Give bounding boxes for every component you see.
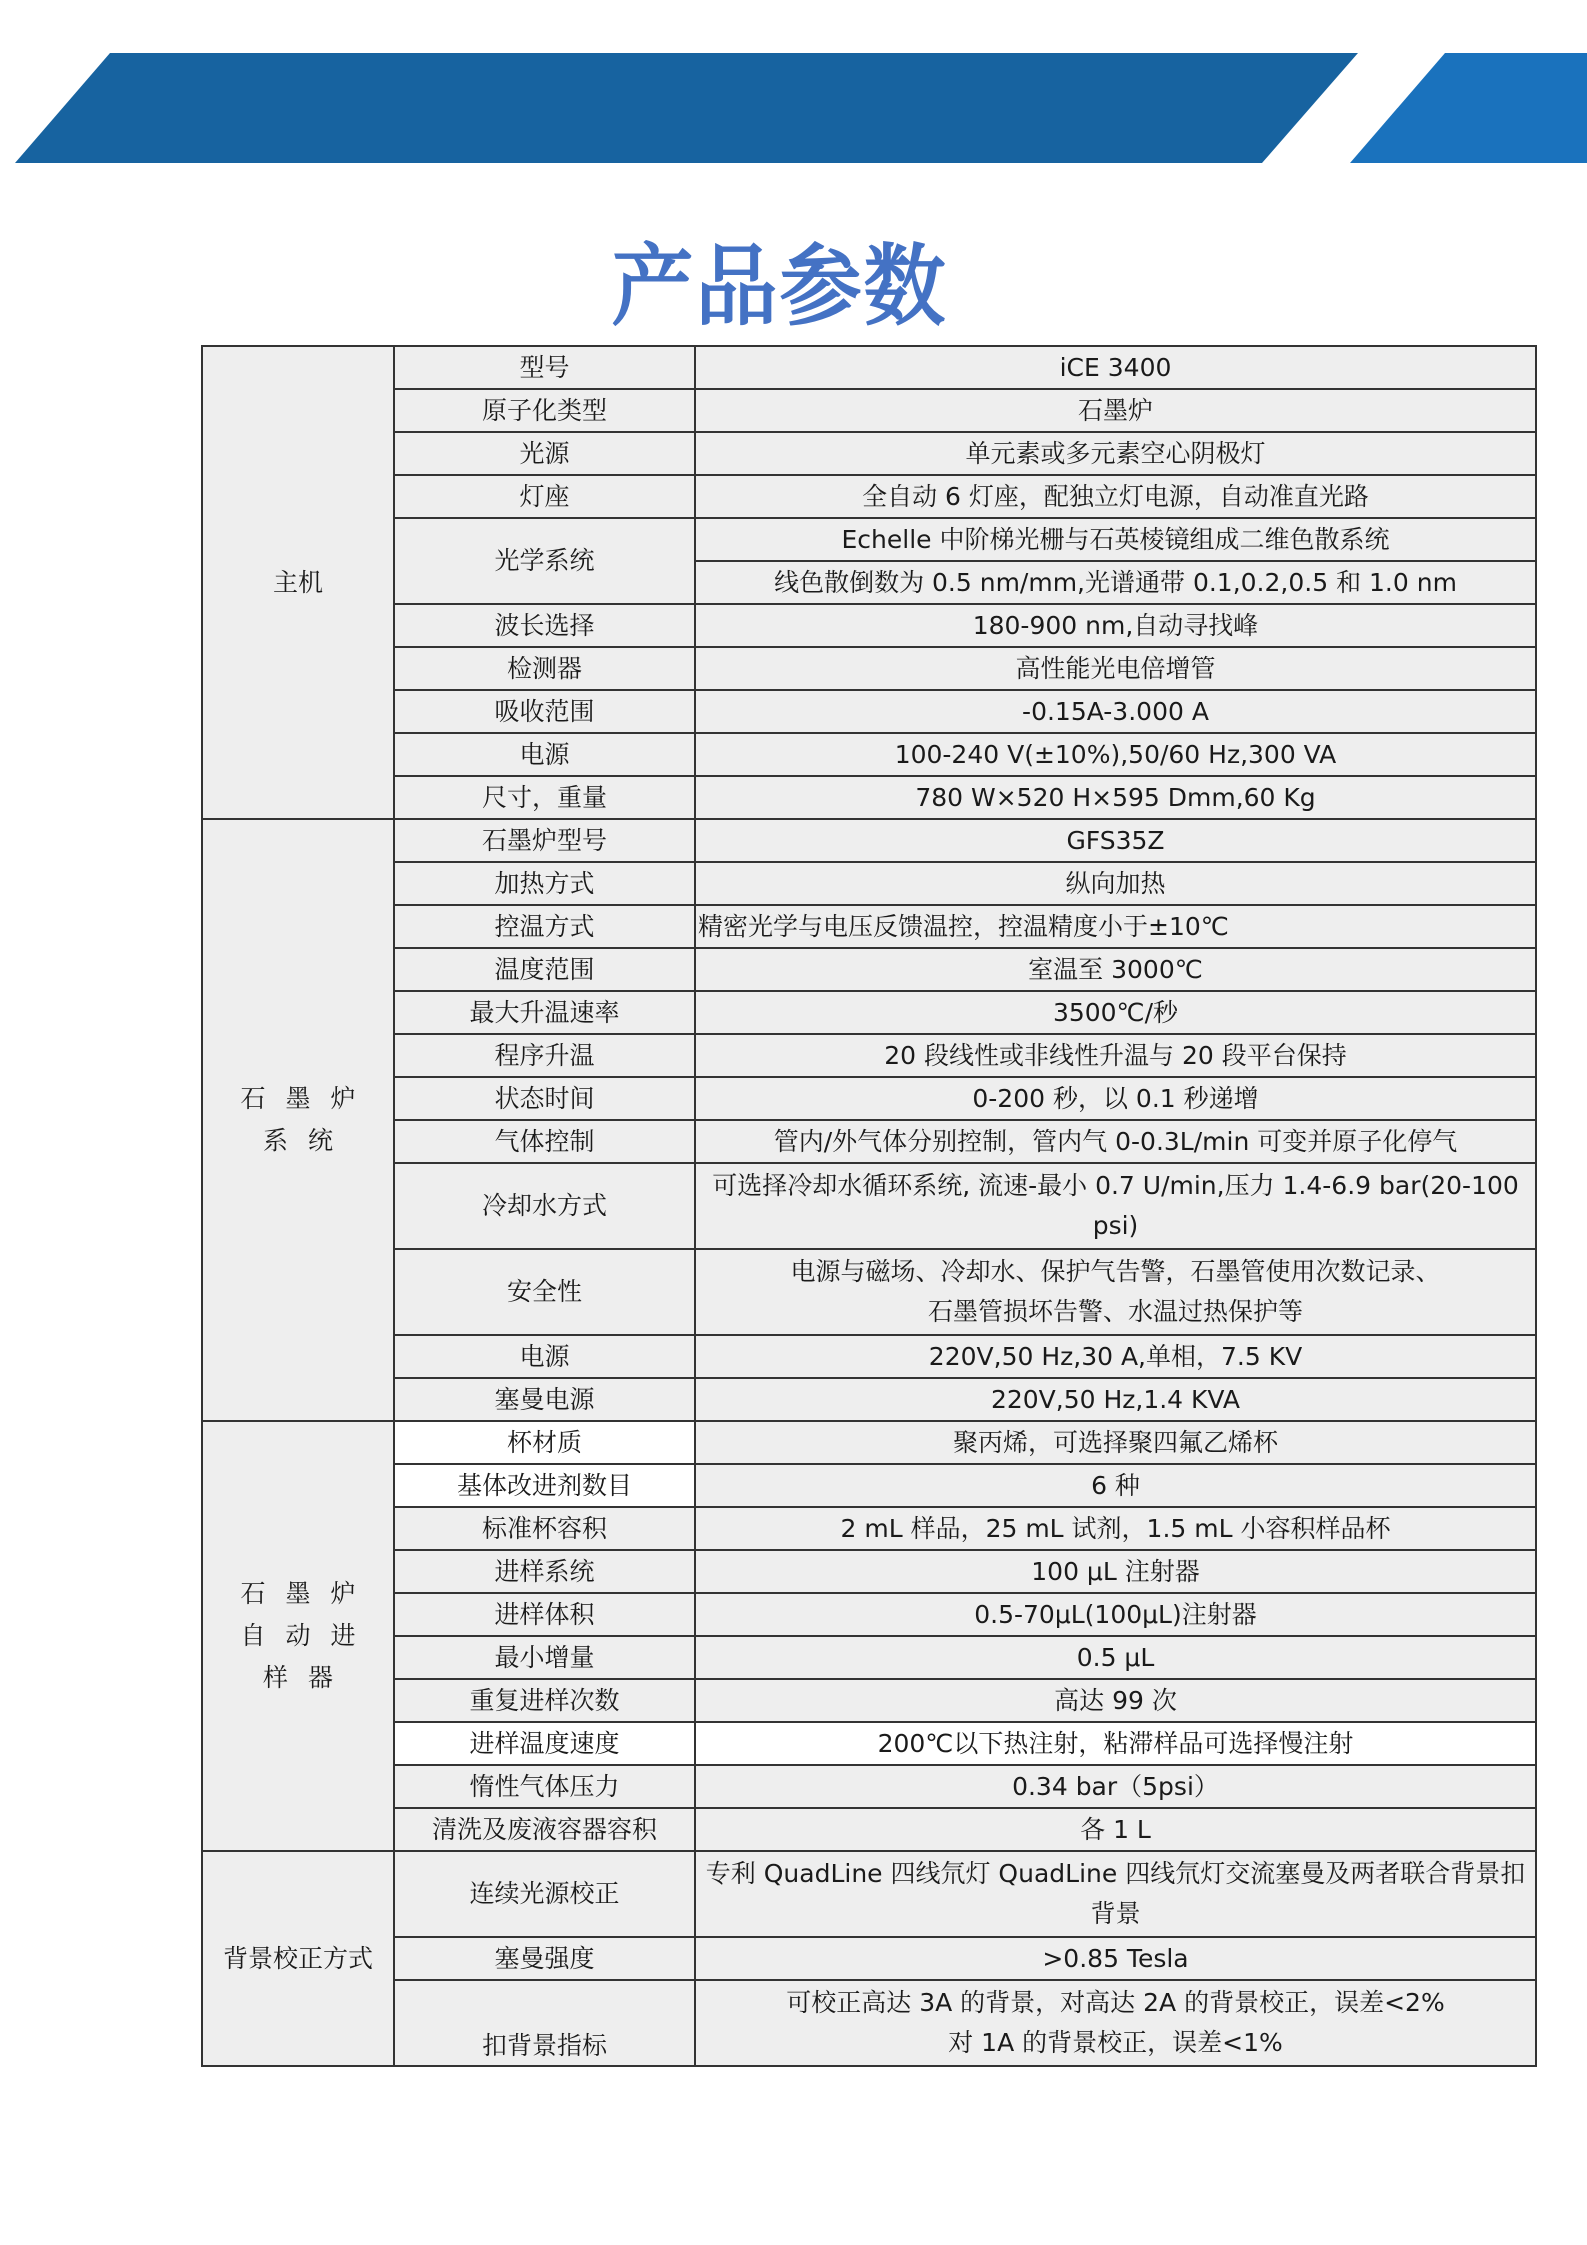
row-label: 塞曼强度 [394, 1937, 695, 1980]
table-row: 电源 100-240 V(±10%),50/60 Hz,300 VA [202, 733, 1536, 776]
table-row: 吸收范围 -0.15A-3.000 A [202, 690, 1536, 733]
table-row: 最大升温速率 3500℃/秒 [202, 991, 1536, 1034]
row-value: 室温至 3000℃ [695, 948, 1536, 991]
row-label: 状态时间 [394, 1077, 695, 1120]
group-cell-autosampler: 石墨炉自动进样器 [202, 1421, 394, 1851]
row-label: 清洗及废液容器容积 [394, 1808, 695, 1851]
table-row: 灯座 全自动 6 灯座，配独立灯电源，自动准直光路 [202, 475, 1536, 518]
table-row: 尺寸，重量 780 W×520 H×595 Dmm,60 Kg [202, 776, 1536, 819]
row-label: 控温方式 [394, 905, 695, 948]
row-value: 0-200 秒，以 0.1 秒递增 [695, 1077, 1536, 1120]
row-value: 纵向加热 [695, 862, 1536, 905]
table-row: 气体控制 管内/外气体分别控制，管内气 0-0.3L/min 可变并原子化停气 [202, 1120, 1536, 1163]
table-row: 扣背景指标 可校正高达 3A 的背景，对高达 2A 的背景校正，误差<2% 对 … [202, 1980, 1536, 2066]
table-row: 进样体积 0.5-70μL(100μL)注射器 [202, 1593, 1536, 1636]
row-label: 冷却水方式 [394, 1163, 695, 1249]
table-row: 背景校正方式 连续光源校正 专利 QuadLine 四线氘灯 QuadLine … [202, 1851, 1536, 1937]
page-title-text: 产品参数 [611, 234, 947, 342]
table-row: 安全性 电源与磁场、冷却水、保护气告警，石墨管使用次数记录、 石墨管损坏告警、水… [202, 1249, 1536, 1335]
row-label: 电源 [394, 733, 695, 776]
table-row: 光源 单元素或多元素空心阴极灯 [202, 432, 1536, 475]
row-value: 220V,50 Hz,1.4 KVA [695, 1378, 1536, 1421]
row-label: 原子化类型 [394, 389, 695, 432]
row-label: 最大升温速率 [394, 991, 695, 1034]
row-label: 最小增量 [394, 1636, 695, 1679]
table-row: 惰性气体压力 0.34 bar（5psi） [202, 1765, 1536, 1808]
row-value: 石墨炉 [695, 389, 1536, 432]
row-value: 聚丙烯，可选择聚四氟乙烯杯 [695, 1421, 1536, 1464]
row-value: 可校正高达 3A 的背景，对高达 2A 的背景校正，误差<2% 对 1A 的背景… [695, 1980, 1536, 2066]
row-label: 石墨炉型号 [394, 819, 695, 862]
row-label: 型号 [394, 346, 695, 389]
row-value: -0.15A-3.000 A [695, 690, 1536, 733]
row-value: 100-240 V(±10%),50/60 Hz,300 VA [695, 733, 1536, 776]
row-value: 0.34 bar（5psi） [695, 1765, 1536, 1808]
table-row: 塞曼电源 220V,50 Hz,1.4 KVA [202, 1378, 1536, 1421]
row-label: 重复进样次数 [394, 1679, 695, 1722]
row-label: 塞曼电源 [394, 1378, 695, 1421]
row-value: GFS35Z [695, 819, 1536, 862]
row-value-line2: 对 1A 的背景校正，误差<1% [698, 2023, 1533, 2063]
table-row: 冷却水方式 可选择冷却水循环系统, 流速-最小 0.7 U/min,压力 1.4… [202, 1163, 1536, 1249]
header-banner [0, 0, 1587, 180]
row-value: >0.85 Tesla [695, 1937, 1536, 1980]
banner-right-shape [1350, 53, 1587, 163]
spec-table: 主机 型号 iCE 3400 原子化类型 石墨炉 光源 单元素或多元素空心阴极灯… [201, 345, 1537, 2067]
row-value: 220V,50 Hz,30 A,单相，7.5 KV [695, 1335, 1536, 1378]
row-label: 进样温度速度 [394, 1722, 695, 1765]
row-label: 温度范围 [394, 948, 695, 991]
banner-left-shape [15, 53, 1358, 163]
table-row: 石墨炉系统 石墨炉型号 GFS35Z [202, 819, 1536, 862]
row-label: 进样系统 [394, 1550, 695, 1593]
row-value: 6 种 [695, 1464, 1536, 1507]
row-label: 进样体积 [394, 1593, 695, 1636]
group-cell-background-correction: 背景校正方式 [202, 1851, 394, 2066]
row-label: 光源 [394, 432, 695, 475]
row-value: 200℃以下热注射，粘滞样品可选择慢注射 [695, 1722, 1536, 1765]
row-value: 3500℃/秒 [695, 991, 1536, 1034]
row-label: 电源 [394, 1335, 695, 1378]
row-value-line1: 电源与磁场、冷却水、保护气告警，石墨管使用次数记录、 [698, 1252, 1533, 1292]
row-value: 精密光学与电压反馈温控，控温精度小于±10℃ [695, 905, 1536, 948]
row-label: 灯座 [394, 475, 695, 518]
table-row: 状态时间 0-200 秒，以 0.1 秒递增 [202, 1077, 1536, 1120]
table-row: 进样温度速度 200℃以下热注射，粘滞样品可选择慢注射 [202, 1722, 1536, 1765]
row-value: 20 段线性或非线性升温与 20 段平台保持 [695, 1034, 1536, 1077]
row-value: 0.5 μL [695, 1636, 1536, 1679]
row-value: 高达 99 次 [695, 1679, 1536, 1722]
table-row: 标准杯容积 2 mL 样品，25 mL 试剂，1.5 mL 小容积样品杯 [202, 1507, 1536, 1550]
row-label: 波长选择 [394, 604, 695, 647]
table-row: 温度范围 室温至 3000℃ [202, 948, 1536, 991]
row-value: 电源与磁场、冷却水、保护气告警，石墨管使用次数记录、 石墨管损坏告警、水温过热保… [695, 1249, 1536, 1335]
row-label: 扣背景指标 [394, 1980, 695, 2066]
table-row: 检测器 高性能光电倍增管 [202, 647, 1536, 690]
row-label: 杯材质 [394, 1421, 695, 1464]
row-value: 100 μL 注射器 [695, 1550, 1536, 1593]
row-value-line2: 石墨管损坏告警、水温过热保护等 [698, 1292, 1533, 1332]
table-row: 塞曼强度 >0.85 Tesla [202, 1937, 1536, 1980]
row-value: Echelle 中阶梯光栅与石英棱镜组成二维色散系统 [695, 518, 1536, 561]
row-label: 加热方式 [394, 862, 695, 905]
page-title: 产品参数 [0, 238, 1587, 338]
row-value-line1: 可校正高达 3A 的背景，对高达 2A 的背景校正，误差<2% [698, 1983, 1533, 2023]
banner-shapes [0, 0, 1587, 180]
table-row: 进样系统 100 μL 注射器 [202, 1550, 1536, 1593]
row-value: 专利 QuadLine 四线氘灯 QuadLine 四线氘灯交流塞曼及两者联合背… [695, 1851, 1536, 1937]
row-label: 尺寸，重量 [394, 776, 695, 819]
row-value: 全自动 6 灯座，配独立灯电源，自动准直光路 [695, 475, 1536, 518]
row-label: 惰性气体压力 [394, 1765, 695, 1808]
table-row: 控温方式 精密光学与电压反馈温控，控温精度小于±10℃ [202, 905, 1536, 948]
row-value: 180-900 nm,自动寻找峰 [695, 604, 1536, 647]
table-row: 程序升温 20 段线性或非线性升温与 20 段平台保持 [202, 1034, 1536, 1077]
row-label: 吸收范围 [394, 690, 695, 733]
row-value: 各 1 L [695, 1808, 1536, 1851]
table-row: 加热方式 纵向加热 [202, 862, 1536, 905]
table-row: 光学系统 Echelle 中阶梯光栅与石英棱镜组成二维色散系统 [202, 518, 1536, 561]
row-value: 管内/外气体分别控制，管内气 0-0.3L/min 可变并原子化停气 [695, 1120, 1536, 1163]
table-row: 原子化类型 石墨炉 [202, 389, 1536, 432]
group-cell-host: 主机 [202, 346, 394, 819]
row-label: 程序升温 [394, 1034, 695, 1077]
table-row: 最小增量 0.5 μL [202, 1636, 1536, 1679]
row-value-line2: 线色散倒数为 0.5 nm/mm,光谱通带 0.1,0.2,0.5 和 1.0 … [695, 561, 1536, 604]
row-label: 连续光源校正 [394, 1851, 695, 1937]
table-row: 主机 型号 iCE 3400 [202, 346, 1536, 389]
row-label: 基体改进剂数目 [394, 1464, 695, 1507]
row-label: 检测器 [394, 647, 695, 690]
table-row: 清洗及废液容器容积 各 1 L [202, 1808, 1536, 1851]
row-value: iCE 3400 [695, 346, 1536, 389]
row-value: 可选择冷却水循环系统, 流速-最小 0.7 U/min,压力 1.4-6.9 b… [695, 1163, 1536, 1249]
row-value: 2 mL 样品，25 mL 试剂，1.5 mL 小容积样品杯 [695, 1507, 1536, 1550]
table-row: 波长选择 180-900 nm,自动寻找峰 [202, 604, 1536, 647]
row-label: 光学系统 [394, 518, 695, 604]
row-value: 0.5-70μL(100μL)注射器 [695, 1593, 1536, 1636]
group-cell-furnace-system: 石墨炉系统 [202, 819, 394, 1421]
row-value: 780 W×520 H×595 Dmm,60 Kg [695, 776, 1536, 819]
row-value: 单元素或多元素空心阴极灯 [695, 432, 1536, 475]
row-label: 标准杯容积 [394, 1507, 695, 1550]
table-row: 电源 220V,50 Hz,30 A,单相，7.5 KV [202, 1335, 1536, 1378]
row-label: 气体控制 [394, 1120, 695, 1163]
table-row: 石墨炉自动进样器 杯材质 聚丙烯，可选择聚四氟乙烯杯 [202, 1421, 1536, 1464]
table-row: 重复进样次数 高达 99 次 [202, 1679, 1536, 1722]
row-label: 安全性 [394, 1249, 695, 1335]
row-value: 高性能光电倍增管 [695, 647, 1536, 690]
table-row: 基体改进剂数目 6 种 [202, 1464, 1536, 1507]
